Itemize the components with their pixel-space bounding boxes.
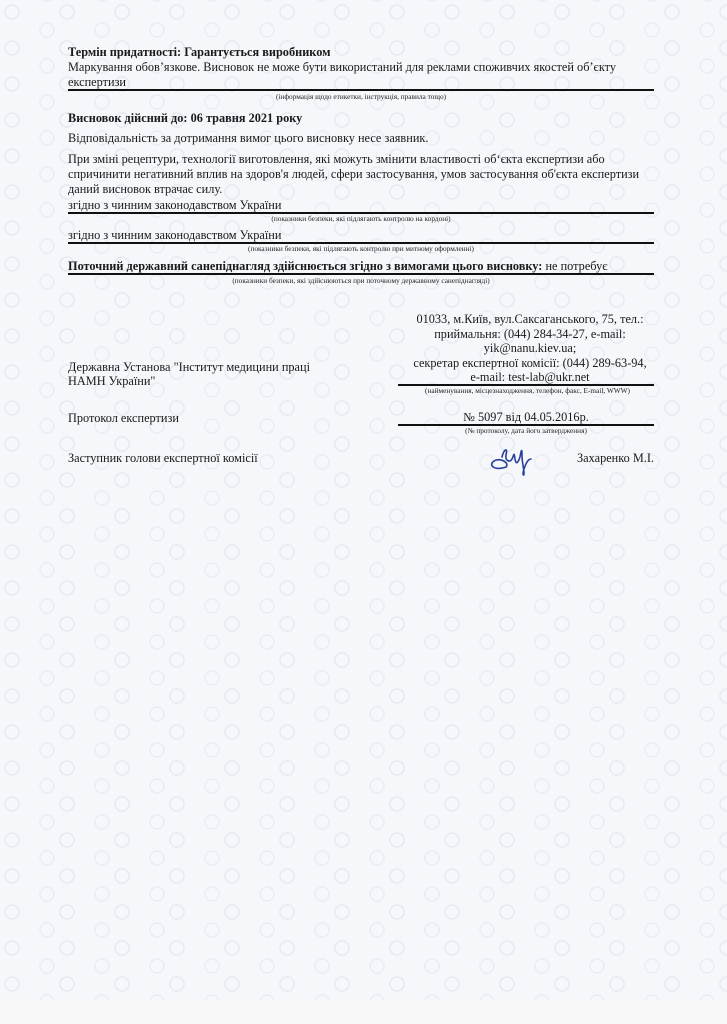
supervision-value: не потребує — [545, 259, 607, 273]
border-control-caption: (показники безпеки, які підлягають контр… — [68, 214, 654, 223]
institution-name-line-1: Державна Установа "Інститут медицини пра… — [68, 360, 310, 375]
address-line: yik@nanu.kiev.ua; — [385, 341, 675, 356]
supervision-underline — [68, 273, 654, 275]
protocol-caption: (№ протоколу, дата його затвердження) — [398, 426, 654, 435]
signatory-name: Захаренко М.І. — [577, 451, 654, 466]
customs-control-value: згідно з чинним законодавством України — [68, 228, 281, 243]
protocol-value: № 5097 від 04.05.2016р. — [398, 410, 654, 425]
marking-line-2: експертизи — [68, 75, 126, 90]
validity-label: Висновок дійсний до: 06 травня 2021 року — [68, 111, 302, 126]
shelf-life-underline — [68, 89, 654, 91]
page-bottom-margin — [0, 1000, 727, 1024]
address-line: секретар експертної комісії: (044) 289-6… — [385, 356, 675, 371]
supervision-caption: (показники безпеки, які здійснюються при… — [68, 276, 654, 285]
address-line: 01033, м.Київ, вул.Саксаганського, 75, т… — [385, 312, 675, 327]
document-page: Термін придатності: Гарантується виробни… — [0, 0, 727, 1024]
change-clause-line-3: даний висновок втрачає силу. — [68, 182, 222, 197]
institution-name-line-2: НАМН України" — [68, 374, 155, 389]
change-clause-line-2: спричинити негативний вплив на здоров'я … — [68, 167, 639, 182]
marking-line-1: Маркування обов’язкове. Висновок не може… — [68, 60, 616, 75]
signature-icon — [484, 441, 544, 479]
border-control-value: згідно з чинним законодавством України — [68, 198, 281, 213]
supervision-label: Поточний державний санепіднагляд здійсню… — [68, 259, 542, 273]
signatory-title: Заступник голови експертної комісії — [68, 451, 258, 466]
shelf-life-label: Термін придатності: Гарантується виробни… — [68, 45, 331, 60]
shelf-life-caption: (інформація щодо етикетки, інструкція, п… — [68, 92, 654, 101]
change-clause-line-1: При зміні рецептури, технології виготовл… — [68, 152, 605, 167]
address-line: e-mail: test-lab@ukr.net — [385, 370, 675, 385]
address-line: приймальня: (044) 284-34-27, e-mail: — [385, 327, 675, 342]
customs-control-caption: (показники безпеки, які підлягають контр… — [68, 244, 654, 253]
supervision-row: Поточний державний санепіднагляд здійсню… — [68, 259, 608, 274]
institution-address: 01033, м.Київ, вул.Саксаганського, 75, т… — [385, 312, 675, 385]
institution-caption: (найменування, місцезнаходження, телефон… — [385, 386, 670, 395]
protocol-label: Протокол експертизи — [68, 411, 179, 426]
responsibility-text: Відповідальність за дотримання вимог цьо… — [68, 131, 428, 146]
